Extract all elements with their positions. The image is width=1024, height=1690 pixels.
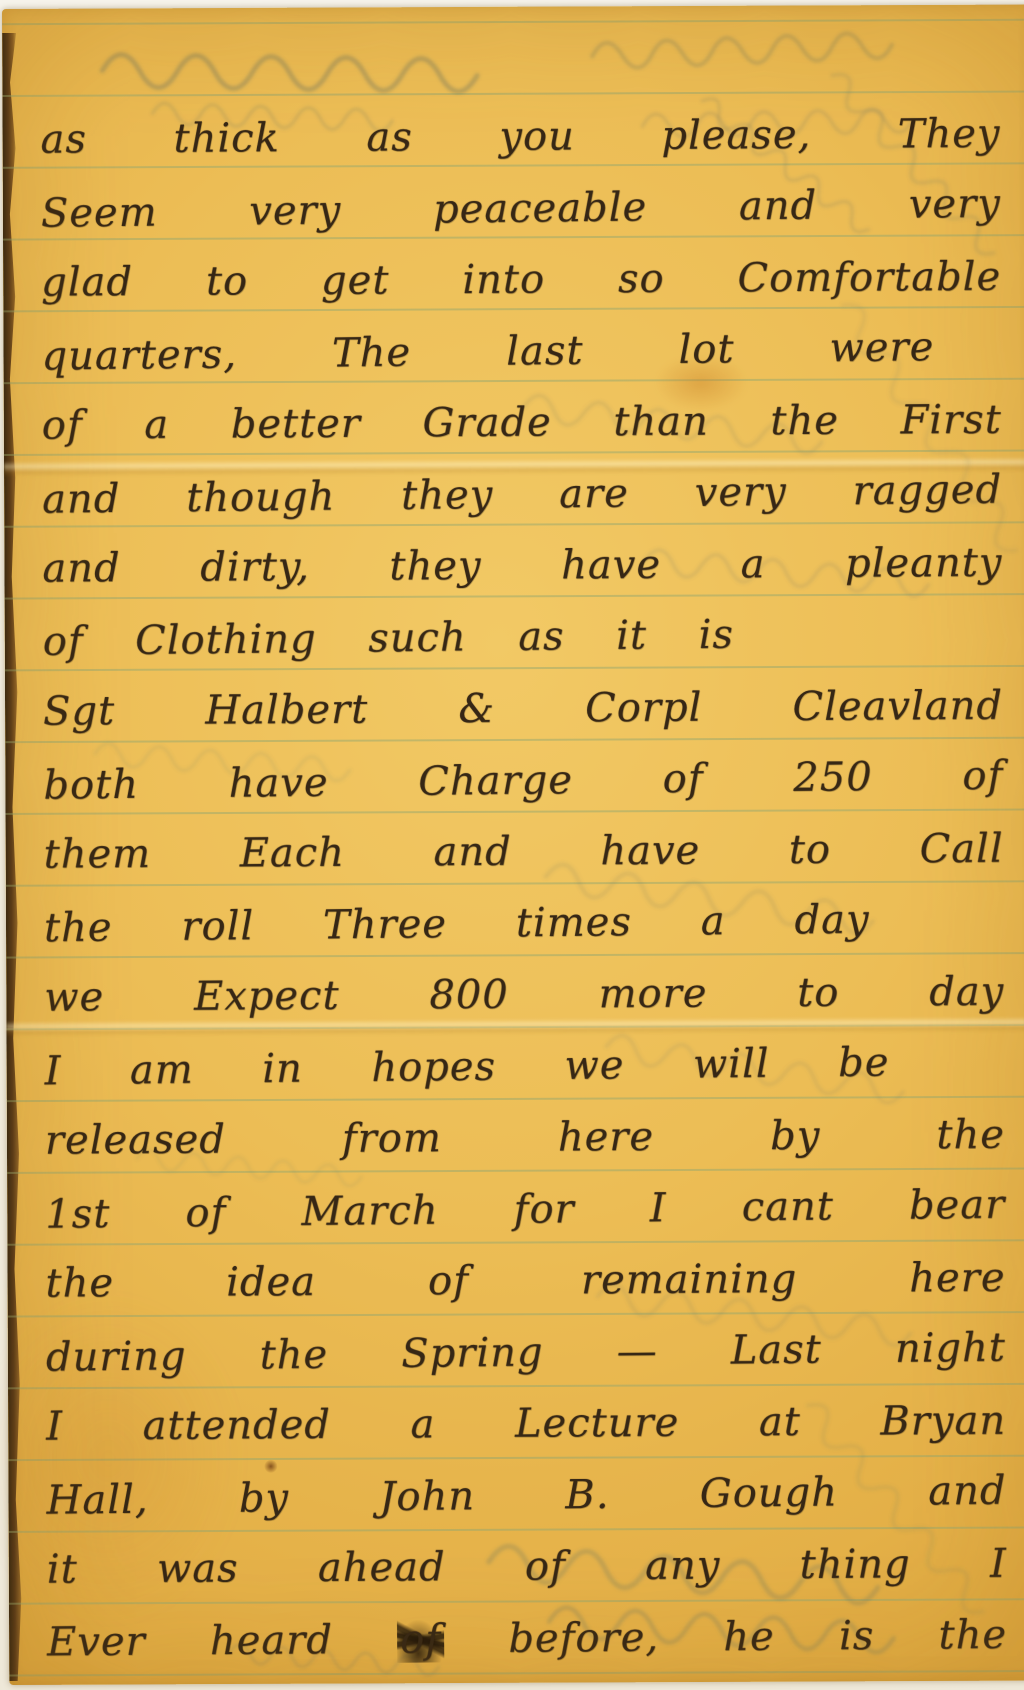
torn-paper-edge (2, 33, 23, 1681)
handwritten-line: of a better Grade than the First (42, 394, 1002, 452)
scanned-letter-page: Ever heard of before, he is the as thick… (0, 0, 1024, 1690)
handwritten-line: released from here by the (45, 1109, 1005, 1167)
handwritten-line: both have Charge of 250 of (43, 749, 1003, 811)
handwritten-line: the idea of remaining here (45, 1252, 1005, 1310)
letter-paper: Ever heard of before, he is the as thick… (2, 5, 1024, 1685)
handwritten-line: and dirty, they have a pleanty (42, 537, 1002, 595)
handwritten-line: as thick as you please, They (40, 108, 1000, 166)
last-line-pre: Ever heard (47, 1617, 333, 1665)
handwritten-line: I am in hopes we will be (44, 1036, 889, 1097)
handwritten-line: of Clothing such as it is (42, 608, 734, 667)
handwritten-line-last: Ever heard of before, he is the (47, 1609, 1007, 1669)
handwritten-line: Sgt Halbert & Corpl Cleavland (43, 680, 1003, 738)
handwritten-line: quarters, The last lot were (41, 321, 934, 382)
handwritten-line: I attended a Lecture at Bryan (46, 1395, 1006, 1453)
handwritten-line: Seem very peaceable and very (41, 177, 1001, 239)
handwritten-line: and though they are very ragged (42, 463, 1002, 525)
last-line-post: before, he is the (508, 1612, 1007, 1662)
handwriting-lines: Ever heard of before, he is the as thick… (40, 5, 1007, 1685)
scratched-out-word: of (397, 1616, 444, 1662)
handwritten-line: glad to get into so Comfortable (41, 251, 1001, 309)
handwritten-line: during the Spring — Last night (46, 1321, 1006, 1383)
handwritten-line: them Each and have to Call (44, 823, 1004, 881)
handwritten-line: it was ahead of any thing I (47, 1538, 1007, 1596)
handwritten-line: Hall, by John B. Gough and (46, 1464, 1006, 1526)
handwritten-line: we Expect 800 more to day (44, 966, 1004, 1024)
handwritten-line: the roll Three times a day (44, 893, 870, 954)
handwritten-line: 1st of March for I cant bear (45, 1178, 1005, 1240)
